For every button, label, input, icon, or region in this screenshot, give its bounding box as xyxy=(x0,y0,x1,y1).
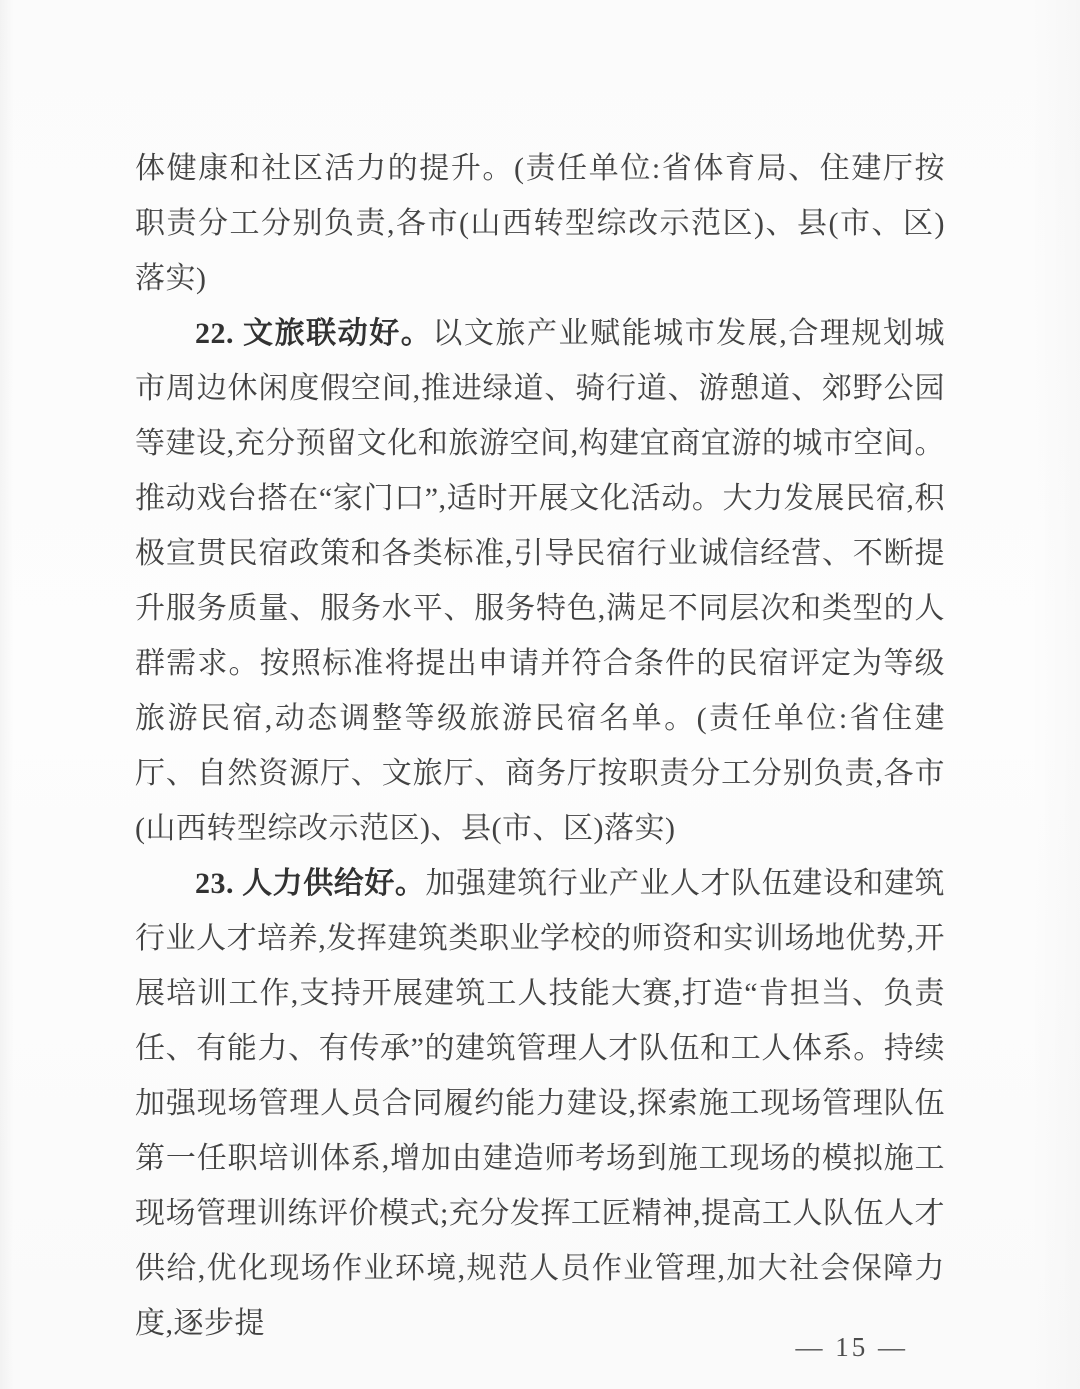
document-body: 体健康和社区活力的提升。(责任单位:省体育局、住建厅按职责分工分别负责,各市(山… xyxy=(135,141,945,1351)
paragraph-item-23: 23. 人力供给好。加强建筑行业产业人才队伍建设和建筑行业人才培养,发挥建筑类职… xyxy=(135,856,945,1351)
paragraph-text: 体健康和社区活力的提升。(责任单位:省体育局、住建厅按职责分工分别负责,各市(山… xyxy=(135,152,945,295)
page-number: — 15 — xyxy=(796,1332,909,1363)
paragraph-text: 以文旅产业赋能城市发展,合理规划城市周边休闲度假空间,推进绿道、骑行道、游憩道、… xyxy=(135,317,945,845)
paragraph-text: 加强建筑行业产业人才队伍建设和建筑行业人才培养,发挥建筑类职业学校的师资和实训场… xyxy=(135,867,945,1340)
document-page: 体健康和社区活力的提升。(责任单位:省体育局、住建厅按职责分工分别负责,各市(山… xyxy=(0,0,1080,1389)
paragraph-continuation: 体健康和社区活力的提升。(责任单位:省体育局、住建厅按职责分工分别负责,各市(山… xyxy=(135,141,945,306)
paragraph-lead: 22. 文旅联动好。 xyxy=(195,317,432,350)
paragraph-item-22: 22. 文旅联动好。以文旅产业赋能城市发展,合理规划城市周边休闲度假空间,推进绿… xyxy=(135,306,945,856)
paragraph-lead: 23. 人力供给好。 xyxy=(195,867,425,900)
